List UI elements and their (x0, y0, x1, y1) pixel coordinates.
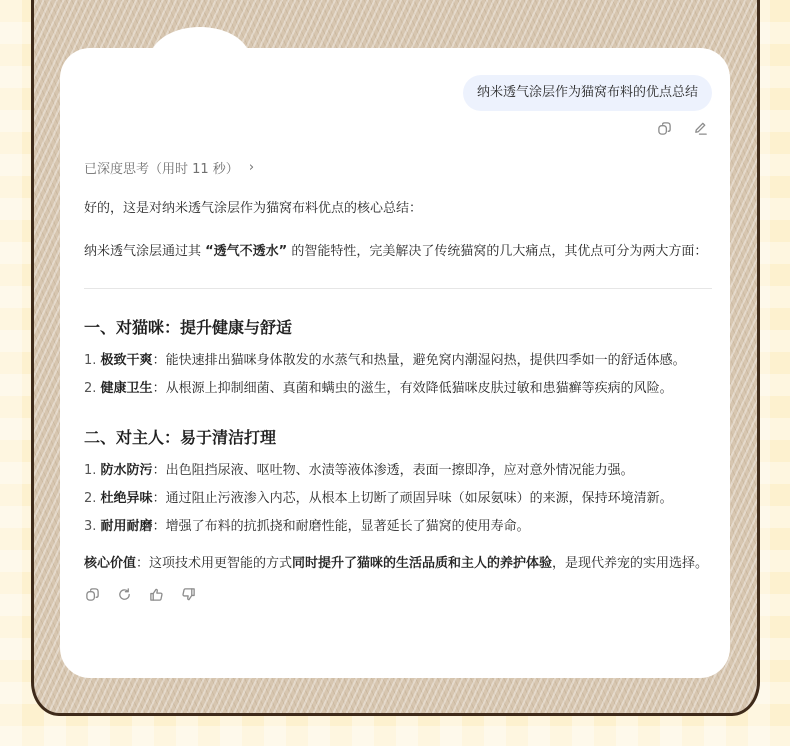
user-message-bubble: 纳米透气涂层作为猫窝布料的优点总结 (463, 75, 712, 111)
owner-benefits-list: 1. 防水防污：出色阻挡尿液、呕吐物、水渍等液体渗透，表面一擦即净，应对意外情况… (84, 461, 712, 537)
chevron-right-icon: › (249, 160, 254, 175)
list-item: 1. 防水防污：出色阻挡尿液、呕吐物、水渍等液体渗透，表面一擦即净，应对意外情况… (84, 461, 712, 481)
section-heading-cats: 一、对猫咪：提升健康与舒适 (84, 317, 712, 339)
pencil-icon[interactable] (692, 120, 708, 136)
assistant-message-actions (84, 586, 712, 602)
list-item: 3. 耐用耐磨：增强了布料的抗抓挠和耐磨性能，显著延长了猫窝的使用寿命。 (84, 517, 712, 537)
summary-highlight: “透气不透水” (205, 244, 287, 259)
summary-text: 纳米透气涂层通过其 “透气不透水” 的智能特性，完美解决了传统猫窝的几大痛点，其… (84, 239, 712, 264)
copy-icon[interactable] (656, 120, 672, 136)
cat-benefits-list: 1. 极致干爽：能快速排出猫咪身体散发的水蒸气和热量，避免窝内潮湿闷热，提供四季… (84, 351, 712, 399)
thumbs-up-icon[interactable] (148, 586, 164, 602)
user-message-actions (656, 120, 708, 136)
list-item: 1. 极致干爽：能快速排出猫咪身体散发的水蒸气和热量，避免窝内潮湿闷热，提供四季… (84, 351, 712, 371)
thinking-label: 已深度思考（用时 11 秒） (84, 158, 239, 177)
refresh-icon[interactable] (116, 586, 132, 602)
section-heading-owners: 二、对主人：易于清洁打理 (84, 427, 712, 449)
list-item: 2. 杜绝异味：通过阻止污液渗入内芯，从根本上切断了顽固异味（如尿氨味）的来源，… (84, 489, 712, 509)
chat-card: 纳米透气涂层作为猫窝布料的优点总结 已深度思考（用时 11 秒） › 好的，这是… (60, 48, 730, 678)
divider (84, 288, 712, 289)
thumbs-down-icon[interactable] (180, 586, 196, 602)
list-item: 2. 健康卫生：从根源上抑制细菌、真菌和螨虫的滋生，有效降低猫咪皮肤过敏和患猫癣… (84, 379, 712, 399)
user-message-text: 纳米透气涂层作为猫窝布料的优点总结 (477, 85, 698, 100)
intro-text: 好的，这是对纳米透气涂层作为猫窝布料优点的核心总结： (84, 196, 712, 221)
copy-icon[interactable] (84, 586, 100, 602)
assistant-message: 已深度思考（用时 11 秒） › 好的，这是对纳米透气涂层作为猫窝布料优点的核心… (84, 156, 712, 602)
thinking-toggle[interactable]: 已深度思考（用时 11 秒） › (84, 156, 254, 178)
core-value-text: 核心价值：这项技术用更智能的方式同时提升了猫咪的生活品质和主人的养护体验，是现代… (84, 551, 712, 576)
